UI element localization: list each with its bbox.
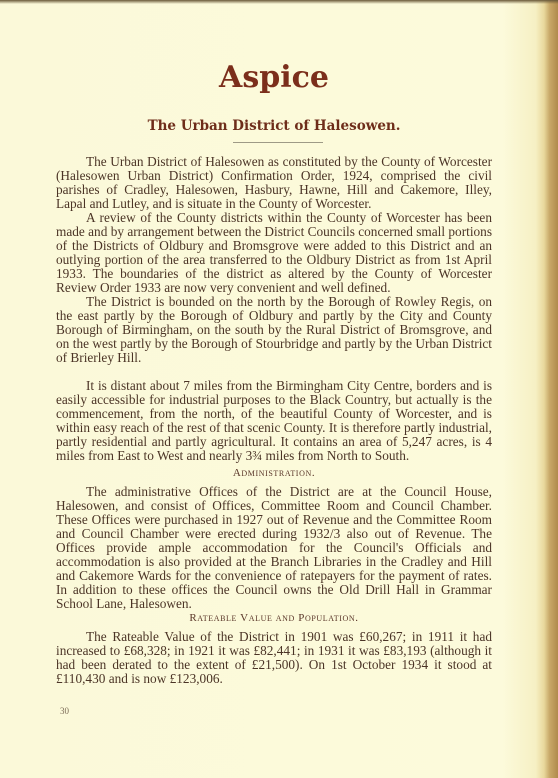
heading-rateable-value: Rateable Value and Population. [56, 612, 492, 624]
paragraph-boundaries: The District is bounded on the north by … [56, 295, 492, 365]
paragraph-location: It is distant about 7 miles from the Bir… [56, 379, 492, 463]
paragraph-review: A review of the County districts within … [56, 211, 492, 295]
paragraph-intro: The Urban District of Halesowen as const… [56, 155, 492, 211]
page-title: Aspice [56, 60, 492, 95]
paragraph-rateable-value: The Rateable Value of the District in 19… [56, 630, 492, 686]
paragraph-administration: The administrative Offices of the Distri… [56, 485, 492, 611]
page-subtitle: The Urban District of Halesowen. [56, 118, 492, 134]
page-number: 30 [60, 706, 69, 716]
title-divider [233, 142, 323, 143]
scan-edge-shadow [0, 0, 558, 4]
heading-administration: Administration. [56, 467, 492, 479]
